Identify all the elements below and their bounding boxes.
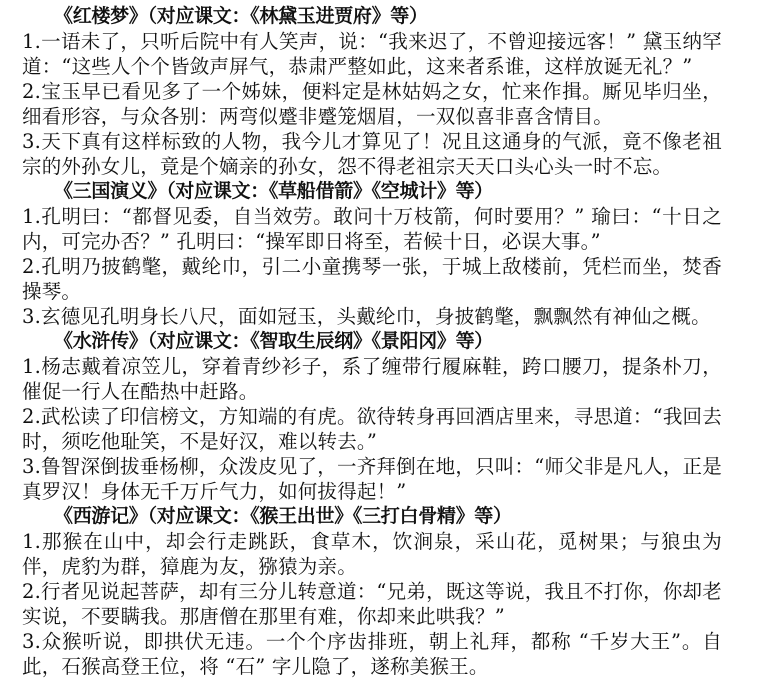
section-heading: 《西游记》（对应课文：《猴王出世》《三打白骨精》等）	[22, 504, 722, 529]
section-shuihuzhuan: 《水浒传》（对应课文：《智取生辰纲》《景阳冈》等） 1.杨志戴着凉笠儿，穿着青纱…	[22, 329, 722, 504]
quote-item: 2.行者见说起菩萨，却有三分儿转意道：“兄弟，既这等说，我且不打你，你却老实说，…	[22, 579, 722, 629]
quote-item: 2.武松读了印信榜文，方知端的有虎。欲待转身再回酒店里来，寻思道：“我回去时，须…	[22, 404, 722, 454]
section-xiyouji: 《西游记》（对应课文：《猴王出世》《三打白骨精》等） 1.那猴在山中，却会行走跳…	[22, 504, 722, 679]
section-sanguoyanyi: 《三国演义》（对应课文：《草船借箭》《空城计》等） 1.孔明曰：“都督见委，自当…	[22, 179, 722, 329]
quote-item: 2.孔明乃披鹤氅，戴纶巾，引二小童携琴一张，于城上敌楼前，凭栏而坐，焚香操琴。	[22, 254, 722, 304]
quote-item: 3.玄德见孔明身长八尺，面如冠玉，头戴纶巾，身披鹤氅，飘飘然有神仙之概。	[22, 304, 722, 329]
section-heading: 《三国演义》（对应课文：《草船借箭》《空城计》等）	[22, 179, 722, 204]
quote-item: 1.孔明曰：“都督见委，自当效劳。敢问十万枝箭，何时要用？” 瑜曰：“十日之内，…	[22, 204, 722, 254]
quote-item: 3.鲁智深倒拔垂杨柳，众泼皮见了，一齐拜倒在地，只叫：“师父非是凡人，正是真罗汉…	[22, 454, 722, 504]
section-heading: 《水浒传》（对应课文：《智取生辰纲》《景阳冈》等）	[22, 329, 722, 354]
section-hongloumeng: 《红楼梦》（对应课文：《林黛玉进贾府》等） 1.一语未了，只听后院中有人笑声，说…	[22, 4, 722, 179]
quote-item: 2.宝玉早已看见多了一个姊妹，便料定是林姑妈之女，忙来作揖。厮见毕归坐，细看形容…	[22, 79, 722, 129]
quote-item: 3.天下真有这样标致的人物，我今儿才算见了！况且这通身的气派，竟不像老祖宗的外孙…	[22, 129, 722, 179]
document-page: 《红楼梦》（对应课文：《林黛玉进贾府》等） 1.一语未了，只听后院中有人笑声，说…	[0, 0, 722, 679]
section-heading: 《红楼梦》（对应课文：《林黛玉进贾府》等）	[22, 4, 722, 29]
quote-item: 1.一语未了，只听后院中有人笑声，说：“我来迟了，不曾迎接远客！” 黛玉纳罕道：…	[22, 29, 722, 79]
quote-item: 3.众猴听说，即拱伏无违。一个个序齿排班，朝上礼拜，都称 “千岁大王”。自此，石…	[22, 629, 722, 679]
quote-item: 1.那猴在山中，却会行走跳跃，食草木，饮涧泉，采山花，觅树果；与狼虫为伴，虎豹为…	[22, 529, 722, 579]
quote-item: 1.杨志戴着凉笠儿，穿着青纱衫子，系了缠带行履麻鞋，跨口腰刀，提条朴刀，催促一行…	[22, 354, 722, 404]
